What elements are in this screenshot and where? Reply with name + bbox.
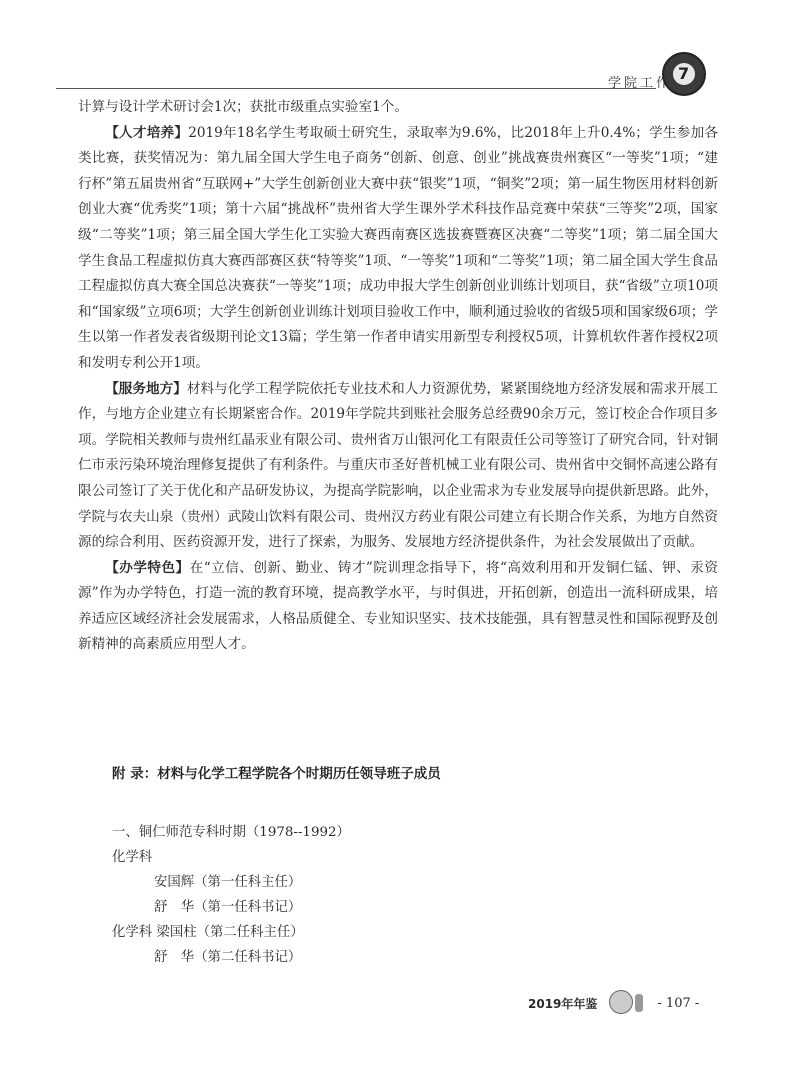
paragraph-tag: 【人才培养】 [105, 125, 188, 141]
appendix-line: 安国辉（第一任科主任） [112, 870, 350, 895]
paragraph-text: 材料与化学工程学院依托专业技术和人力资源优势，紧紧围绕地方经济发展和需求开展工作… [78, 381, 718, 551]
paragraph-tag: 【办学特色】 [105, 560, 189, 576]
page-number: - 107 - [657, 996, 699, 1011]
paragraph-tag: 【服务地方】 [105, 381, 187, 397]
yearbook-label: 2019年年鉴 [528, 995, 597, 1012]
appendix-title: 附 录：材料与化学工程学院各个时期历任领导班子成员 [112, 762, 441, 782]
continuation-text: 计算与设计学术研讨会1次；获批市级重点实验室1个。 [78, 95, 718, 121]
body-text: 计算与设计学术研讨会1次；获批市级重点实验室1个。 【人才培养】2019年18名… [78, 95, 718, 658]
university-emblem-icon: 7 [662, 52, 706, 96]
mascot-icon [607, 990, 647, 1016]
paragraph-text: 2019年18名学生考取硕士研究生，录取率为9.6%，比2018年上升0.4%；… [78, 125, 718, 371]
page-footer: 2019年年鉴 - 107 - [528, 990, 699, 1016]
appendix-list: 一、铜仁师范专科时期（1978--1992） 化学科 安国辉（第一任科主任） 舒… [112, 820, 350, 970]
paragraph-talent: 【人才培养】2019年18名学生考取硕士研究生，录取率为9.6%，比2018年上… [78, 121, 718, 377]
paragraph-service: 【服务地方】材料与化学工程学院依托专业技术和人力资源优势，紧紧围绕地方经济发展和… [78, 377, 718, 556]
appendix-line: 舒 华（第二任科书记） [112, 945, 350, 970]
paragraph-features: 【办学特色】在“立信、创新、勤业、铸才”院训理念指导下，将“高效利用和开发铜仁锰… [78, 556, 718, 658]
header-divider [56, 88, 656, 89]
emblem-glyph: 7 [678, 64, 689, 83]
appendix-line: 舒 华（第一任科书记） [112, 895, 350, 920]
appendix-line: 化学科 梁国柱（第二任科主任） [112, 920, 350, 945]
appendix-line: 化学科 [112, 845, 350, 870]
appendix-period: 一、铜仁师范专科时期（1978--1992） [112, 820, 350, 845]
